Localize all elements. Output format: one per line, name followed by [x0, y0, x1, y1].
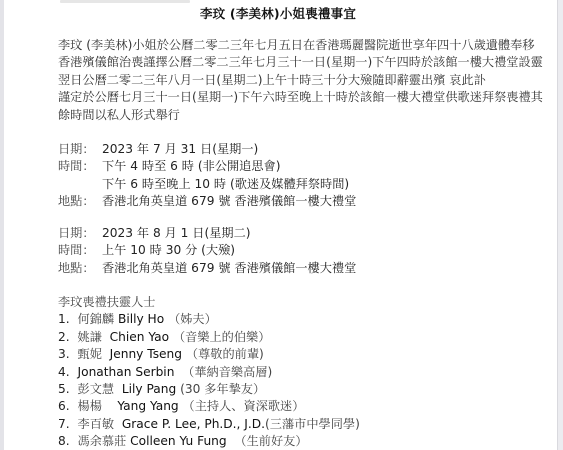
- chinese-name: 甄妮: [78, 347, 102, 361]
- english-name: Yang Yang: [117, 399, 178, 413]
- chinese-name: 彭文慧: [78, 382, 115, 396]
- list-item: 3. 甄妮 Jenny Tseng （尊敬的前輩): [58, 346, 360, 363]
- time-value: 下午 6 時至晚上 10 時 (歌迷及媒體拜祭時間): [102, 176, 349, 193]
- place-value: 香港北角英皇道 679 號 香港殯儀館一樓大禮堂: [102, 260, 356, 277]
- date-value: 2023 年 8 月 1 日(星期二): [102, 225, 251, 242]
- place-label: 地點：: [58, 260, 102, 277]
- english-name: Colleen Yu Fung: [130, 434, 227, 448]
- list-item: 7. 李百敏 Grace P. Lee, Ph.D., J.D.(三藩市中學同學…: [58, 416, 360, 433]
- relationship-note: （姊夫）: [168, 312, 217, 326]
- relationship-note: （華納音樂高層): [182, 365, 272, 379]
- intro-line: 翌日公曆二零二三年八月一日(星期二)上午十時三十分大殮隨即辭靈出殯 哀此訃: [58, 72, 528, 89]
- schedule-day-1: 日期： 2023 年 7 月 31 日(星期一) 時間： 下午 4 時至 6 時…: [58, 141, 356, 211]
- chinese-name: 馮余慕莊: [78, 434, 127, 448]
- schedule-day-2: 日期： 2023 年 8 月 1 日(星期二) 時間： 上午 10 時 30 分…: [58, 225, 356, 277]
- item-number: 3.: [58, 347, 70, 361]
- relationship-note: （尊敬的前輩): [186, 347, 264, 361]
- date-label: 日期：: [58, 225, 102, 242]
- english-name: Billy Ho: [118, 312, 164, 326]
- scrollbar-track[interactable]: [557, 0, 563, 450]
- item-number: 5.: [58, 382, 70, 396]
- time-label: 時間：: [58, 158, 102, 175]
- english-name: Jenny Tseng: [110, 347, 182, 361]
- time-row-continued: 下午 6 時至晚上 10 時 (歌迷及媒體拜祭時間): [58, 176, 356, 193]
- relationship-note: (30 多年摯友）: [180, 382, 265, 396]
- item-number: 7.: [58, 417, 70, 431]
- time-value: 下午 4 時至 6 時 (非公開追思會): [102, 158, 280, 175]
- date-label: 日期：: [58, 141, 102, 158]
- chinese-name: 楊楊: [78, 399, 102, 413]
- list-item: 1. 何錦麟 Billy Ho （姊夫）: [58, 311, 360, 328]
- place-value: 香港北角英皇道 679 號 香港殯儀館一樓大禮堂: [102, 193, 356, 210]
- place-row: 地點： 香港北角英皇道 679 號 香港殯儀館一樓大禮堂: [58, 193, 356, 210]
- relationship-note: （主持人、資深歌迷）: [183, 399, 305, 413]
- list-item: 6. 楊楊 Yang Yang （主持人、資深歌迷）: [58, 398, 360, 415]
- intro-line: 香港殯儀館治喪謹擇公曆二零二三年七月三十一日(星期一)下午四時於該館一樓大禮堂設…: [58, 54, 528, 71]
- chinese-name: 李百敏: [78, 417, 115, 431]
- place-row: 地點： 香港北角英皇道 679 號 香港殯儀館一樓大禮堂: [58, 260, 356, 277]
- list-item: 8. 馮余慕莊 Colleen Yu Fung （生前好友）: [58, 433, 360, 450]
- pallbearers-heading: 李玟喪禮扶靈人士: [58, 294, 360, 311]
- date-row: 日期： 2023 年 7 月 31 日(星期一): [58, 141, 356, 158]
- relationship-note: （音樂上的伯樂）: [173, 330, 271, 344]
- english-name: Grace P. Lee, Ph.D., J.D.: [122, 417, 265, 431]
- pallbearers-list: 李玟喪禮扶靈人士 1. 何錦麟 Billy Ho （姊夫） 2. 姚謙 Chie…: [58, 294, 360, 450]
- intro-line: 餘時間以私人形式舉行: [58, 107, 528, 124]
- relationship-note: （生前好友）: [234, 434, 307, 448]
- list-item: 2. 姚謙 Chien Yao （音樂上的伯樂）: [58, 329, 360, 346]
- english-name: Lily Pang: [122, 382, 176, 396]
- time-row: 時間： 上午 10 時 30 分 (大殮): [58, 242, 356, 259]
- chinese-name: 姚謙: [78, 330, 102, 344]
- time-value: 上午 10 時 30 分 (大殮): [102, 242, 235, 259]
- item-number: 6.: [58, 399, 70, 413]
- time-row: 時間： 下午 4 時至 6 時 (非公開追思會): [58, 158, 356, 175]
- intro-line: 李玟 (李美林)小姐於公曆二零二三年七月五日在香港瑪麗醫院逝世享年四十八歲遺體奉…: [58, 37, 528, 54]
- document-title: 李玟 (李美林)小姐喪禮事宜: [0, 4, 556, 22]
- list-item: 4. Jonathan Serbin （華納音樂高層): [58, 364, 360, 381]
- item-number: 1.: [58, 312, 70, 326]
- intro-paragraph: 李玟 (李美林)小姐於公曆二零二三年七月五日在香港瑪麗醫院逝世享年四十八歲遺體奉…: [58, 37, 528, 124]
- place-label: 地點：: [58, 193, 102, 210]
- chinese-name: 何錦麟: [78, 312, 115, 326]
- english-name: Chien Yao: [110, 330, 169, 344]
- spacer: [58, 176, 102, 193]
- english-name: Jonathan Serbin: [78, 365, 175, 379]
- date-value: 2023 年 7 月 31 日(星期一): [102, 141, 258, 158]
- item-number: 8.: [58, 434, 70, 448]
- item-number: 2.: [58, 330, 70, 344]
- time-label: 時間：: [58, 242, 102, 259]
- date-row: 日期： 2023 年 8 月 1 日(星期二): [58, 225, 356, 242]
- relationship-note: (三藩市中學同學): [265, 417, 360, 431]
- item-number: 4.: [58, 365, 70, 379]
- list-item: 5. 彭文慧 Lily Pang (30 多年摯友）: [58, 381, 360, 398]
- document-page: 李玟 (李美林)小姐喪禮事宜 李玟 (李美林)小姐於公曆二零二三年七月五日在香港…: [0, 0, 556, 450]
- intro-line: 謹定於公曆七月三十一日(星期一)下午六時至晚上十時於該館一樓大禮堂供歌迷拜祭喪禮…: [58, 89, 528, 106]
